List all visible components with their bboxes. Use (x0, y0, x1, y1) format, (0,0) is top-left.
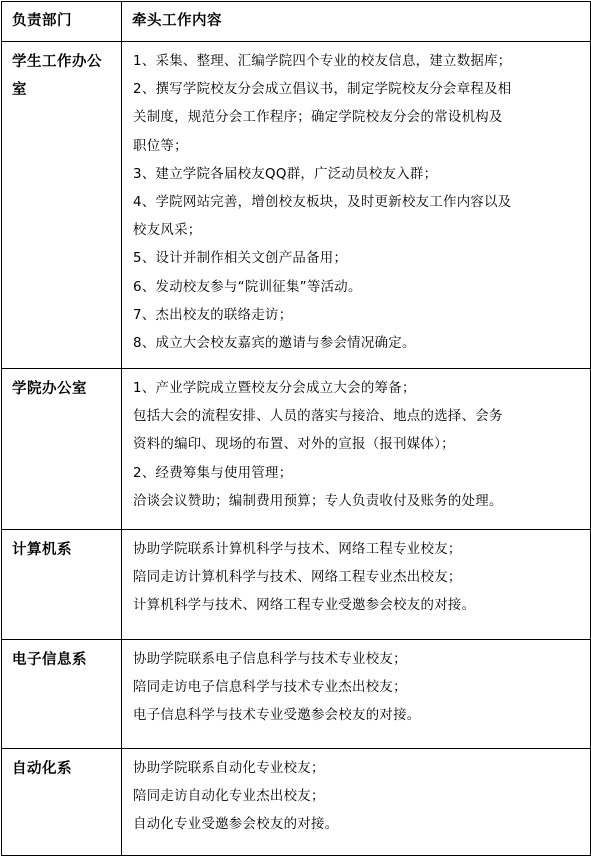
table-row: 计算机系 协助学院联系计算机科学与技术、网络工程专业校友； 陪同走访计算机科学与… (2, 530, 591, 640)
content-line: 1、采集、整理、汇编学院四个专业的校友信息，建立数据库； (133, 48, 584, 76)
content-line: 协助学院联系自动化专业校友； (133, 755, 584, 783)
table-row: 自动化系 协助学院联系自动化专业校友； 陪同走访自动化专业杰出校友； 自动化专业… (2, 749, 591, 798)
content-line: 2、撰写学院校友分会成立倡议书，制定学院校友分会章程及相 (133, 76, 584, 104)
table-row: 电子信息系 协助学院联系电子信息科学与技术专业校友； 陪同走访电子信息科学与技术… (2, 640, 591, 749)
content-line: 3、建立学院各届校友QQ群，广泛动员校友入群； (133, 161, 584, 189)
department-name: 计算机系 (2, 530, 122, 640)
work-content: 协助学院联系自动化专业校友； 陪同走访自动化专业杰出校友； 自动化专业受邀参会校… (122, 749, 591, 798)
department-name: 学生工作办公室 (2, 42, 122, 369)
content-line: 关制度，规范分会工作程序；确定学院校友分会的常设机构及 (133, 104, 584, 132)
content-line: 1、产业学院成立暨校友分会成立大会的筹备； (133, 375, 584, 403)
work-content: 1、产业学院成立暨校友分会成立大会的筹备； 包括大会的流程安排、人员的落实与接洽… (122, 369, 591, 530)
content-line: 资料的编印、现场的布置、对外的宣报（报刊媒体）； (133, 431, 584, 459)
content-line: 计算机科学与技术、网络工程专业受邀参会校友的对接。 (133, 592, 584, 620)
content-line: 8、成立大会校友嘉宾的邀请与参会情况确定。 (133, 330, 584, 358)
content-line: 协助学院联系电子信息科学与技术专业校友； (133, 646, 584, 674)
content-line: 职位等； (133, 133, 584, 161)
content-line: 4、学院网站完善，增创校友板块，及时更新校友工作内容以及 (133, 189, 584, 217)
header-lead-work: 牵头工作内容 (122, 2, 591, 42)
content-line: 2、经费筹集与使用管理； (133, 460, 584, 488)
content-line: 陪同走访计算机科学与技术、网络工程专业杰出校友； (133, 564, 584, 592)
department-name: 学院办公室 (2, 369, 122, 530)
content-line: 6、发动校友参与“院训征集”等活动。 (133, 274, 584, 302)
work-content: 协助学院联系计算机科学与技术、网络工程专业校友； 陪同走访计算机科学与技术、网络… (122, 530, 591, 640)
department-name: 自动化系 (2, 749, 122, 798)
content-line: 包括大会的流程安排、人员的落实与接洽、地点的选择、会务 (133, 403, 584, 431)
content-line: 电子信息科学与技术专业受邀参会校友的对接。 (133, 702, 584, 730)
department-responsibility-table: 负责部门 牵头工作内容 学生工作办公室 1、采集、整理、汇编学院四个专业的校友信… (1, 1, 591, 797)
content-line: 洽谈会议赞助；编制费用预算；专人负责收付及账务的处理。 (133, 488, 584, 516)
table-header-row: 负责部门 牵头工作内容 (2, 2, 591, 42)
content-line: 陪同走访电子信息科学与技术专业杰出校友； (133, 674, 584, 702)
work-content: 协助学院联系电子信息科学与技术专业校友； 陪同走访电子信息科学与技术专业杰出校友… (122, 640, 591, 749)
department-name: 电子信息系 (2, 640, 122, 749)
content-line: 校友风采； (133, 217, 584, 245)
table-row: 学院办公室 1、产业学院成立暨校友分会成立大会的筹备； 包括大会的流程安排、人员… (2, 369, 591, 530)
content-line: 陪同走访自动化专业杰出校友； (133, 783, 584, 797)
work-content: 1、采集、整理、汇编学院四个专业的校友信息，建立数据库； 2、撰写学院校友分会成… (122, 42, 591, 369)
content-line: 5、设计并制作相关文创产品备用； (133, 245, 584, 273)
content-line: 7、杰出校友的联络走访； (133, 302, 584, 330)
content-line: 协助学院联系计算机科学与技术、网络工程专业校友； (133, 536, 584, 564)
table-row: 学生工作办公室 1、采集、整理、汇编学院四个专业的校友信息，建立数据库； 2、撰… (2, 42, 591, 369)
header-department: 负责部门 (2, 2, 122, 42)
